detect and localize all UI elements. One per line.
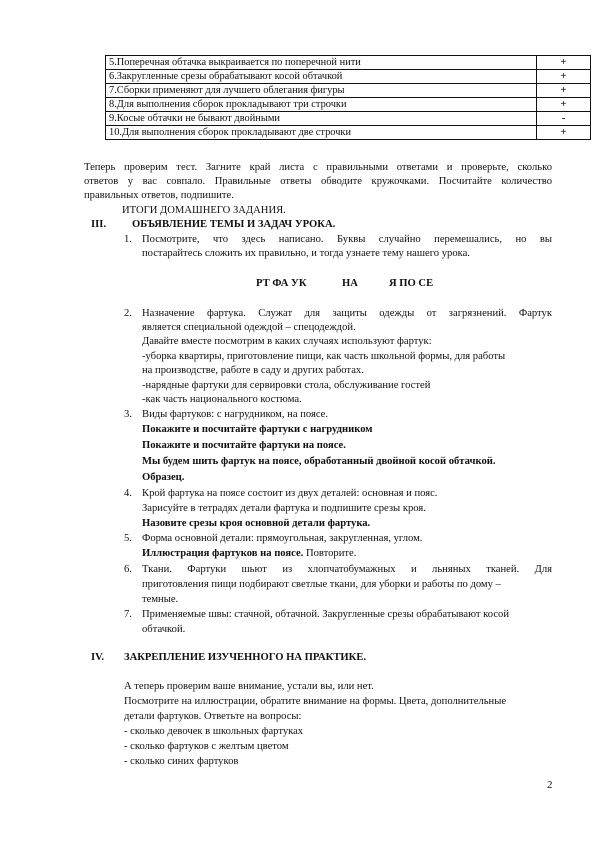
mark-cell: + <box>537 56 591 70</box>
mark-cell: + <box>537 98 591 112</box>
item-line: постарайтесь сложить их правильно, и тог… <box>142 247 470 261</box>
intro-line: правильных ответов, подпишите. <box>84 189 234 203</box>
homework-results-heading: ИТОГИ ДОМАШНЕГО ЗАДАНИЯ. <box>122 204 286 218</box>
mark-cell: + <box>537 126 591 140</box>
section-line: Посмотрите на иллюстрации, обратите вним… <box>124 695 506 709</box>
scrambled-word: Я ПО СЕ <box>389 277 433 291</box>
table-row: 7.Сборки применяют для лучшего облегания… <box>106 84 591 98</box>
mark-cell: + <box>537 84 591 98</box>
section-line: - сколько фартуков с желтым цветом <box>124 740 289 754</box>
section-line: А теперь проверим ваше внимание, устали … <box>124 680 374 694</box>
intro-line: ответов у вас совпало. Правильные ответы… <box>84 175 552 189</box>
item-line: Посмотрите, что здесь написано. Буквы сл… <box>142 233 552 247</box>
table-row: 10.Для выполнения сборок прокладывают дв… <box>106 126 591 140</box>
item-line: -как часть национального костюма. <box>142 393 302 407</box>
item-line: Ткани. Фартуки шьют из хлопчатобумажных … <box>142 563 552 577</box>
item-line: Крой фартука на поясе состоит из двух де… <box>142 487 437 501</box>
repeat-text: Повторите. <box>303 548 356 559</box>
scrambled-word: НА <box>342 277 358 291</box>
item-line: Применяемые швы: стачной, обтачной. Закр… <box>142 608 509 622</box>
item-line: Зарисуйте в тетрадях детали фартука и по… <box>142 502 426 516</box>
item-line: Образец. <box>142 471 184 485</box>
item-line: Назначение фартука. Служат для защиты од… <box>142 307 552 321</box>
section-title: ЗАКРЕПЛЕНИЕ ИЗУЧЕННОГО НА ПРАКТИКЕ. <box>124 651 366 665</box>
item-number: 1. <box>124 233 142 247</box>
item-line: -нарядные фартуки для сервировки стола, … <box>142 379 430 393</box>
statement-cell: 10.Для выполнения сборок прокладывают дв… <box>106 126 537 140</box>
statement-cell: 9.Косые обтачки не бывают двойными <box>106 112 537 126</box>
item-line: Назовите срезы кроя основной детали фарт… <box>142 517 370 531</box>
table-row: 6.Закругленные срезы обрабатывают косой … <box>106 70 591 84</box>
item-line: Давайте вместе посмотрим в каких случаях… <box>142 335 432 349</box>
item-line: Виды фартуков: с нагрудником, на поясе. <box>142 408 328 422</box>
item-line: Форма основной детали: прямоугольная, за… <box>142 532 422 546</box>
item-line: -уборка квартиры, приготовление пищи, ка… <box>142 350 505 364</box>
section-title: ОБЪЯВЛЕНИЕ ТЕМЫ И ЗАДАЧ УРОКА. <box>132 218 335 232</box>
item-number: 5. <box>124 532 142 546</box>
table-row: 8.Для выполнения сборок прокладывают три… <box>106 98 591 112</box>
item-line: Покажите и посчитайте фартуки на поясе. <box>142 439 346 453</box>
answer-table: 5.Поперечная обтачка выкраивается по поп… <box>105 55 591 140</box>
statement-cell: 7.Сборки применяют для лучшего облегания… <box>106 84 537 98</box>
item-number: 4. <box>124 487 142 501</box>
section-line: - сколько девочек в школьных фартуках <box>124 725 303 739</box>
item-number: 2. <box>124 307 142 321</box>
scrambled-word: РТ ФА УК <box>256 277 307 291</box>
item-line: Мы будем шить фартук на поясе, обработан… <box>142 455 496 469</box>
statement-cell: 5.Поперечная обтачка выкраивается по поп… <box>106 56 537 70</box>
item-line: Покажите и посчитайте фартуки с нагрудни… <box>142 423 373 437</box>
mark-cell: + <box>537 70 591 84</box>
table-row: 5.Поперечная обтачка выкраивается по поп… <box>106 56 591 70</box>
section-line: детали фартуков. Ответьте на вопросы: <box>124 710 301 724</box>
table-row: 9.Косые обтачки не бывают двойными - <box>106 112 591 126</box>
section-line: - сколько синих фартуков <box>124 755 238 769</box>
item-line: обтачкой. <box>142 623 185 637</box>
mark-cell: - <box>537 112 591 126</box>
page-number: 2 <box>547 778 553 792</box>
item-line: темные. <box>142 593 178 607</box>
item-line: приготовления пищи подбирают светлые тка… <box>142 578 501 592</box>
intro-line: Теперь проверим тест. Загните край листа… <box>84 161 552 175</box>
item-line: является специальной одеждой – спецодежд… <box>142 321 356 335</box>
section-numeral: III. <box>91 218 106 232</box>
statement-cell: 8.Для выполнения сборок прокладывают три… <box>106 98 537 112</box>
item-line: Иллюстрация фартуков на поясе. Повторите… <box>142 547 356 561</box>
item-number: 3. <box>124 408 142 422</box>
section-numeral: IV. <box>91 651 104 665</box>
illustration-label: Иллюстрация фартуков на поясе. <box>142 548 303 559</box>
item-number: 7. <box>124 608 142 622</box>
item-line: на производстве, работе в саду и других … <box>142 364 364 378</box>
statement-cell: 6.Закругленные срезы обрабатывают косой … <box>106 70 537 84</box>
item-number: 6. <box>124 563 142 577</box>
